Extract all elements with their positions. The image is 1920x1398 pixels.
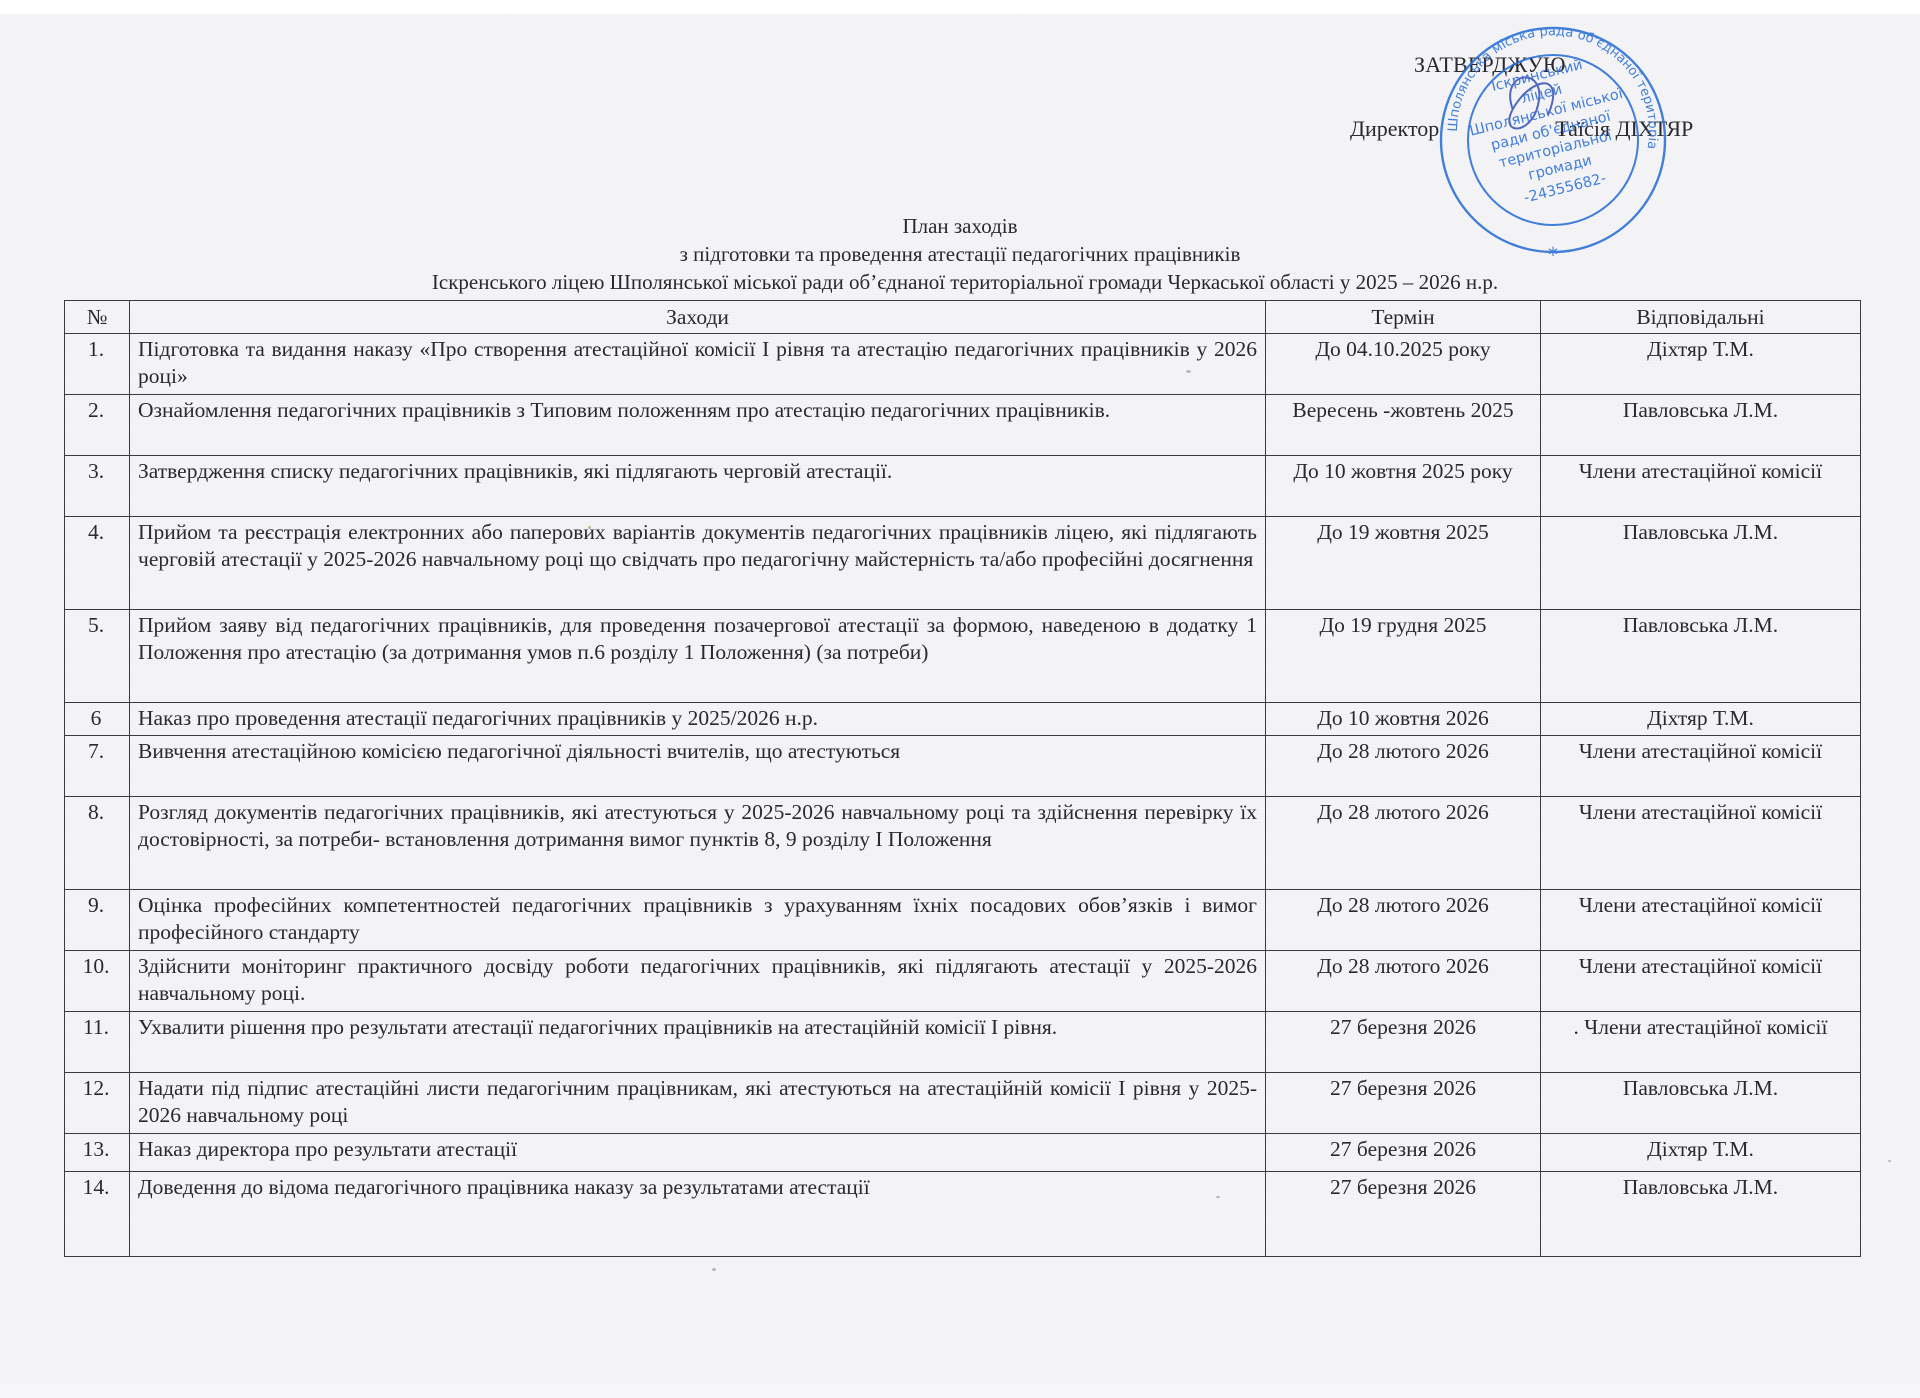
row-responsible: Павловська Л.М.: [1541, 1172, 1861, 1257]
scan-speck: [1186, 370, 1191, 373]
row-term: До 10 жовтня 2026: [1266, 703, 1541, 736]
row-activity: Наказ директора про результати атестації: [130, 1134, 1266, 1172]
title-line-1: План заходів: [0, 212, 1920, 240]
row-num: 4.: [65, 517, 130, 610]
table-row: 12. Надати під підпис атестаційні листи …: [65, 1073, 1861, 1134]
row-activity: Доведення до відома педагогічного праців…: [130, 1172, 1266, 1257]
row-num: 5.: [65, 610, 130, 703]
row-num: 2.: [65, 395, 130, 456]
row-term: До 10 жовтня 2025 року: [1266, 456, 1541, 517]
attestation-plan-table: № Заходи Термін Відповідальні 1. Підгото…: [64, 300, 1861, 1257]
document-title: План заходів з підготовки та проведення …: [0, 212, 1920, 296]
row-term: До 28 лютого 2026: [1266, 951, 1541, 1012]
scan-speck: [1216, 1196, 1220, 1198]
row-num: 8.: [65, 797, 130, 890]
row-activity: Розгляд документів педагогічних працівни…: [130, 797, 1266, 890]
row-responsible: Павловська Л.М.: [1541, 1073, 1861, 1134]
row-term: 27 березня 2026: [1266, 1134, 1541, 1172]
row-activity: Ухвалити рішення про результати атестаці…: [130, 1012, 1266, 1073]
row-activity: Прийом заяву від педагогічних працівникі…: [130, 610, 1266, 703]
row-term: 27 березня 2026: [1266, 1073, 1541, 1134]
row-activity: Оцінка професійних компетентностей педаг…: [130, 890, 1266, 951]
row-term: До 04.10.2025 року: [1266, 334, 1541, 395]
row-activity: Вивчення атестаційною комісією педагогіч…: [130, 736, 1266, 797]
scan-speck: [1888, 1160, 1891, 1162]
row-term: До 19 жовтня 2025: [1266, 517, 1541, 610]
row-activity: Підготовка та видання наказу «Про створе…: [130, 334, 1266, 395]
row-activity: Прийом та реєстрація електронних або пап…: [130, 517, 1266, 610]
row-responsible: . Члени атестаційної комісії: [1541, 1012, 1861, 1073]
row-activity: Надати під підпис атестаційні листи педа…: [130, 1073, 1266, 1134]
row-term: До 19 грудня 2025: [1266, 610, 1541, 703]
row-num: 7.: [65, 736, 130, 797]
table-row: 11. Ухвалити рішення про результати атес…: [65, 1012, 1861, 1073]
row-responsible: Діхтяр Т.М.: [1541, 334, 1861, 395]
row-term: До 28 лютого 2026: [1266, 797, 1541, 890]
row-term: До 28 лютого 2026: [1266, 890, 1541, 951]
row-num: 10.: [65, 951, 130, 1012]
row-num: 6: [65, 703, 130, 736]
scan-top-margin: [0, 0, 1920, 14]
row-term: 27 березня 2026: [1266, 1172, 1541, 1257]
signatory-position: Директор: [1350, 116, 1439, 141]
title-line-2: з підготовки та проведення атестації пед…: [0, 240, 1920, 268]
row-num: 13.: [65, 1134, 130, 1172]
row-responsible: Діхтяр Т.М.: [1541, 703, 1861, 736]
header-responsible: Відповідальні: [1541, 301, 1861, 334]
row-activity: Ознайомлення педагогічних працівників з …: [130, 395, 1266, 456]
table-row: 4. Прийом та реєстрація електронних або …: [65, 517, 1861, 610]
row-num: 11.: [65, 1012, 130, 1073]
row-term: 27 березня 2026: [1266, 1012, 1541, 1073]
table-header-row: № Заходи Термін Відповідальні: [65, 301, 1861, 334]
row-num: 14.: [65, 1172, 130, 1257]
row-activity: Наказ про проведення атестації педагогіч…: [130, 703, 1266, 736]
row-responsible: Діхтяр Т.М.: [1541, 1134, 1861, 1172]
table-row: 3. Затвердження списку педагогічних прац…: [65, 456, 1861, 517]
row-responsible: Павловська Л.М.: [1541, 517, 1861, 610]
signatory-name: Таїсія ДІХТЯР: [1555, 116, 1693, 141]
table-row: 1. Підготовка та видання наказу «Про ств…: [65, 334, 1861, 395]
table-row: 10. Здійснити моніторинг практичного дос…: [65, 951, 1861, 1012]
row-responsible: Члени атестаційної комісії: [1541, 951, 1861, 1012]
row-responsible: Павловська Л.М.: [1541, 610, 1861, 703]
row-responsible: Павловська Л.М.: [1541, 395, 1861, 456]
table-row: 8. Розгляд документів педагогічних праці…: [65, 797, 1861, 890]
row-activity: Здійснити моніторинг практичного досвіду…: [130, 951, 1266, 1012]
row-responsible: Члени атестаційної комісії: [1541, 736, 1861, 797]
table-row: 5. Прийом заяву від педагогічних працівн…: [65, 610, 1861, 703]
scan-speck: [712, 1268, 716, 1271]
header-num: №: [65, 301, 130, 334]
row-num: 3.: [65, 456, 130, 517]
row-responsible: Члени атестаційної комісії: [1541, 797, 1861, 890]
row-responsible: Члени атестаційної комісії: [1541, 456, 1861, 517]
title-line-3: Іскренського ліцею Шполянської міської р…: [0, 268, 1920, 296]
table-row: 6 Наказ про проведення атестації педагог…: [65, 703, 1861, 736]
row-num: 1.: [65, 334, 130, 395]
table-row: 9. Оцінка професійних компетентностей пе…: [65, 890, 1861, 951]
row-activity: Затвердження списку педагогічних працівн…: [130, 456, 1266, 517]
scan-speck: [588, 526, 591, 529]
row-num: 12.: [65, 1073, 130, 1134]
table-row: 7. Вивчення атестаційною комісією педаго…: [65, 736, 1861, 797]
header-term: Термін: [1266, 301, 1541, 334]
row-term: Вересень -жовтень 2025: [1266, 395, 1541, 456]
row-responsible: Члени атестаційної комісії: [1541, 890, 1861, 951]
header-activity: Заходи: [130, 301, 1266, 334]
approval-heading: ЗАТВЕРДЖУЮ: [1414, 52, 1566, 78]
table-row: 2. Ознайомлення педагогічних працівників…: [65, 395, 1861, 456]
table-row: 14. Доведення до відома педагогічного пр…: [65, 1172, 1861, 1257]
table-row: 13. Наказ директора про результати атест…: [65, 1134, 1861, 1172]
row-term: До 28 лютого 2026: [1266, 736, 1541, 797]
approval-signatory: ДиректорТаїсія ДІХТЯР: [1350, 116, 1693, 142]
row-num: 9.: [65, 890, 130, 951]
